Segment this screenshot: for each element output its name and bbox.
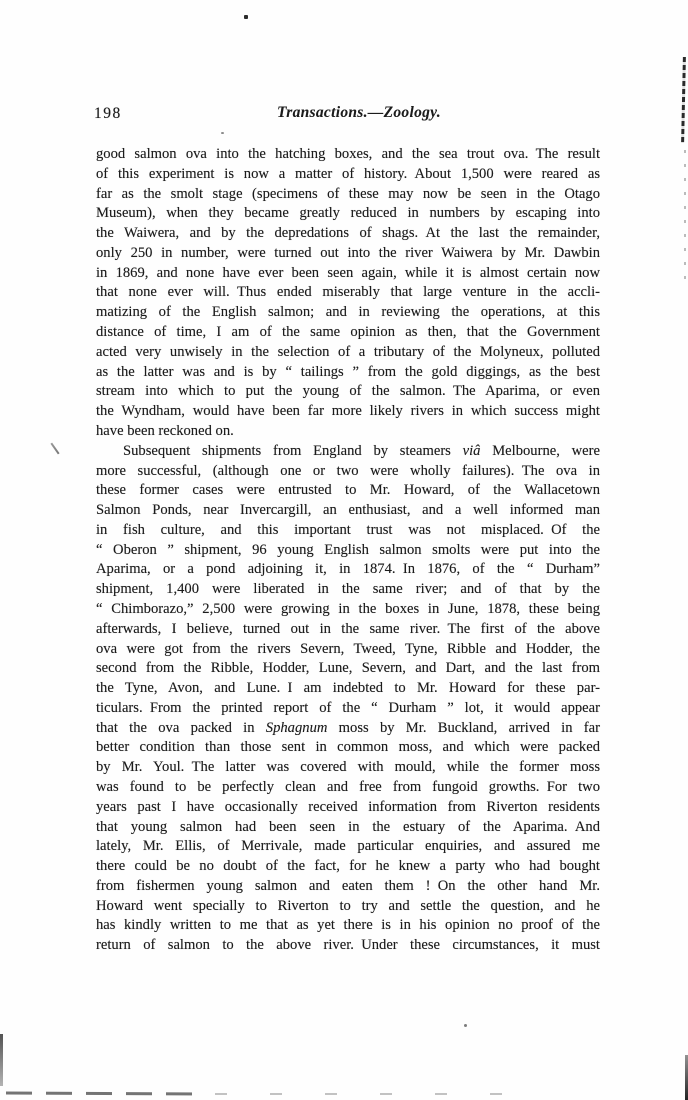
text-line: by Mr. Youl. The latter was covered with… [96,758,600,778]
text-line: matizing of the English salmon; and in r… [96,303,600,323]
text-line: these former cases were entrusted to Mr.… [96,481,600,501]
text-line: Subsequent shipments from England by ste… [96,442,600,462]
page-edge-mark [0,1034,3,1086]
ink-speck [221,132,224,134]
text-line: second from the Ribble, Hodder, Lune, Se… [96,659,600,679]
text-line: that none ever will. Thus ended miserabl… [96,283,600,303]
text-line: stream into which to put the young of th… [96,382,600,402]
text-line: lately, Mr. Ellis, of Merrivale, made pa… [96,837,600,857]
ink-speck [464,1024,467,1027]
text-line: in 1869, and none have ever been seen ag… [96,264,600,284]
running-header: Transactions.—Zoology. [96,104,622,122]
text-line: ova were got from the rivers Severn, Twe… [96,640,600,660]
text-line: more successful, (although one or two we… [96,462,600,482]
text-line: “ Oberon ” shipment, 96 young English sa… [96,541,600,561]
text-line: afterwards, I believe, turned out in the… [96,620,600,640]
text-line: of this experiment is now a matter of hi… [96,165,600,185]
page-edge-mark [681,57,686,143]
text-line: from fishermen young salmon and eaten th… [96,877,600,897]
text-line: Aparima, or a pond adjoining it, in 1874… [96,560,600,580]
text-line: was found to be perfectly clean and free… [96,778,600,798]
text-line: “ Chimborazo,” 2,500 were growing in the… [96,600,600,620]
text-line: far as the smolt stage (specimens of the… [96,185,600,205]
text-line: distance of time, I am of the same opini… [96,323,600,343]
text-line: has kindly written to me that as yet the… [96,916,600,936]
text-line: Howard went specially to Riverton to try… [96,897,600,917]
text-line: have been reckoned on. [96,422,600,442]
text-line: acted very unwisely in the selection of … [96,343,600,363]
text-line: the Tyne, Avon, and Lune. I am indebted … [96,679,600,699]
text-line: in fish culture, and this important trus… [96,521,600,541]
text-line: years past I have occasionally received … [96,798,600,818]
text-line: that young salmon had been seen in the e… [96,818,600,838]
text-line: return of salmon to the above river. Und… [96,936,600,956]
paragraph: Subsequent shipments from England by ste… [96,442,600,956]
text-line: only 250 in number, were turned out into… [96,244,600,264]
text-line: shipment, 1,400 were liberated in the sa… [96,580,600,600]
text-line: there could be no doubt of the fact, for… [96,857,600,877]
paragraph: good salmon ova into the hatching boxes,… [96,145,600,442]
text-line: better condition than those sent in comm… [96,738,600,758]
scan-smudge [6,1091,206,1095]
text-line: as the latter was and is by “ tailings ”… [96,363,600,383]
text-line: that the ova packed in Sphagnum moss by … [96,719,600,739]
text-line: the Waiwera, and by the depredations of … [96,224,600,244]
page-edge-mark [684,150,686,280]
text-line: good salmon ova into the hatching boxes,… [96,145,600,165]
text-line: the Wyndham, would have been far more li… [96,402,600,422]
body-text: good salmon ova into the hatching boxes,… [96,145,600,956]
ink-speck [244,15,248,19]
text-line: Salmon Ponds, near Invercargill, an enth… [96,501,600,521]
scan-smudge [215,1093,545,1095]
text-line: Museum), when they became greatly reduce… [96,204,600,224]
text-line: ticulars. From the printed report of the… [96,699,600,719]
scanned-journal-page: 198 Transactions.—Zoology. good salmon o… [0,0,688,1100]
ink-speck [50,443,59,455]
